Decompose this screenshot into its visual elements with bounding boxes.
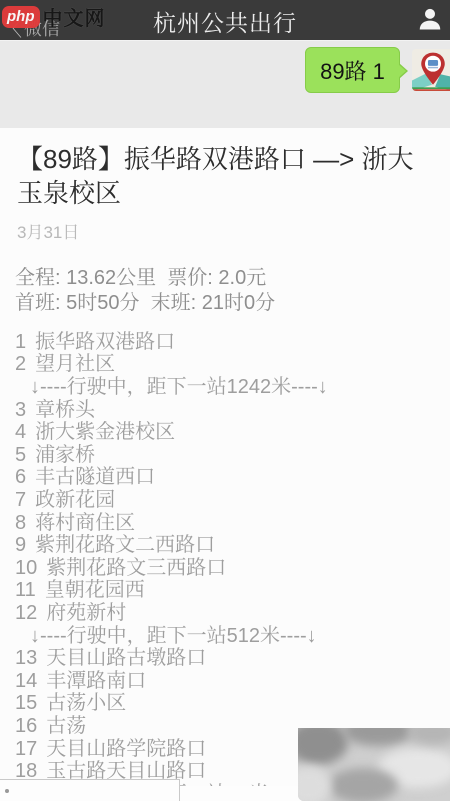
station-row: 14丰潭路南口 (15, 670, 450, 693)
station-row: 6丰古隧道西口 (15, 466, 450, 489)
stop-number: 13 (15, 647, 37, 669)
stop-number: 11 (15, 579, 36, 601)
stop-name: 政新花园 (35, 489, 115, 511)
station-list: 1振华路双港路口2望月社区↓----行驶中，距下一站1242米----↓3章桥头… (0, 331, 450, 794)
bottom-left-dot (5, 789, 9, 793)
stop-name: 古荡小区 (46, 692, 126, 714)
station-row: 1振华路双港路口 (15, 331, 450, 354)
stop-name: 章桥头 (35, 399, 95, 421)
progress-row: ↓----行驶中，距下一站512米----↓ (15, 625, 450, 648)
stop-name: 府苑新村 (46, 602, 126, 624)
station-row: 13天目山路古墩路口 (15, 647, 450, 670)
route-title: 【89路】振华路双港路口 —> 浙大玉泉校区 (17, 142, 421, 210)
account-avatar[interactable] (412, 49, 450, 91)
stats-line-2: 首班: 5时50分 末班: 21时0分 (15, 292, 275, 314)
stop-name: 丰古隧道西口 (35, 466, 155, 488)
wechat-screen: 〈 微信 杭州公共出行 php 中文网 89路 1 (0, 0, 450, 801)
stop-name: 蒋村商住区 (35, 512, 135, 534)
stop-number: 12 (15, 602, 37, 624)
bottom-left-table-fragment (0, 779, 180, 801)
station-row: 11皇朝花园西 (15, 579, 450, 602)
station-row: 9紫荆花路文二西路口 (15, 534, 450, 557)
stop-name: 皇朝花园西 (45, 579, 145, 601)
station-row: 10紫荆花路文三西路口 (15, 557, 450, 580)
station-row: 3章桥头 (15, 399, 450, 422)
station-row: 5浦家桥 (15, 444, 450, 467)
stats-line-1: 全程: 13.62公里 票价: 2.0元 (15, 267, 266, 289)
station-row: 12府苑新村 (15, 602, 450, 625)
stop-number: 14 (15, 670, 37, 692)
chat-area: 89路 1 (0, 40, 450, 129)
person-icon (416, 5, 444, 33)
stop-number: 2 (15, 353, 26, 375)
route-stats: 全程: 13.62公里 票价: 2.0元首班: 5时50分 末班: 21时0分 (15, 266, 450, 317)
stop-number: 4 (15, 421, 26, 443)
stop-number: 6 (15, 466, 26, 488)
station-row: 4浙大紫金港校区 (15, 421, 450, 444)
blurred-watermark-block (298, 728, 450, 801)
stop-name: 望月社区 (35, 353, 115, 375)
stop-number: 16 (15, 715, 37, 737)
station-row: 15古荡小区 (15, 692, 450, 715)
stop-name: 丰潭路南口 (46, 670, 146, 692)
stop-number: 5 (15, 444, 26, 466)
stop-name: 紫荆花路文三西路口 (46, 557, 226, 579)
stop-number: 10 (15, 557, 37, 579)
contact-button[interactable] (416, 5, 444, 33)
stop-number: 17 (15, 738, 37, 760)
stop-name: 振华路双港路口 (35, 331, 175, 353)
stop-name: 天目山路学院路口 (46, 738, 206, 760)
stop-number: 3 (15, 399, 26, 421)
route-date: 3月31日 (17, 218, 450, 243)
site-watermark: php 中文网 (2, 2, 106, 31)
php-logo-badge: php (2, 6, 40, 28)
stop-number: 9 (15, 534, 26, 556)
progress-row: ↓----行驶中，距下一站1242米----↓ (15, 376, 450, 399)
stop-name: 浦家桥 (35, 444, 95, 466)
stop-number: 7 (15, 489, 26, 511)
station-row: 8蒋村商住区 (15, 512, 450, 535)
stop-number: 8 (15, 512, 26, 534)
stop-name: 古荡 (46, 715, 86, 737)
station-row: 2望月社区 (15, 353, 450, 376)
stop-name: 浙大紫金港校区 (35, 421, 175, 443)
watermark-text: 中文网 (43, 2, 106, 31)
sent-message-bubble[interactable]: 89路 1 (305, 47, 400, 93)
map-pin-avatar-icon (412, 49, 450, 91)
stop-name: 天目山路古墩路口 (46, 647, 206, 669)
route-card[interactable]: 【89路】振华路双港路口 —> 浙大玉泉校区 3月31日 全程: 13.62公里… (0, 128, 450, 801)
stop-number: 15 (15, 692, 37, 714)
station-row: 7政新花园 (15, 489, 450, 512)
stop-name: 紫荆花路文二西路口 (35, 534, 215, 556)
stop-number: 1 (15, 331, 26, 353)
